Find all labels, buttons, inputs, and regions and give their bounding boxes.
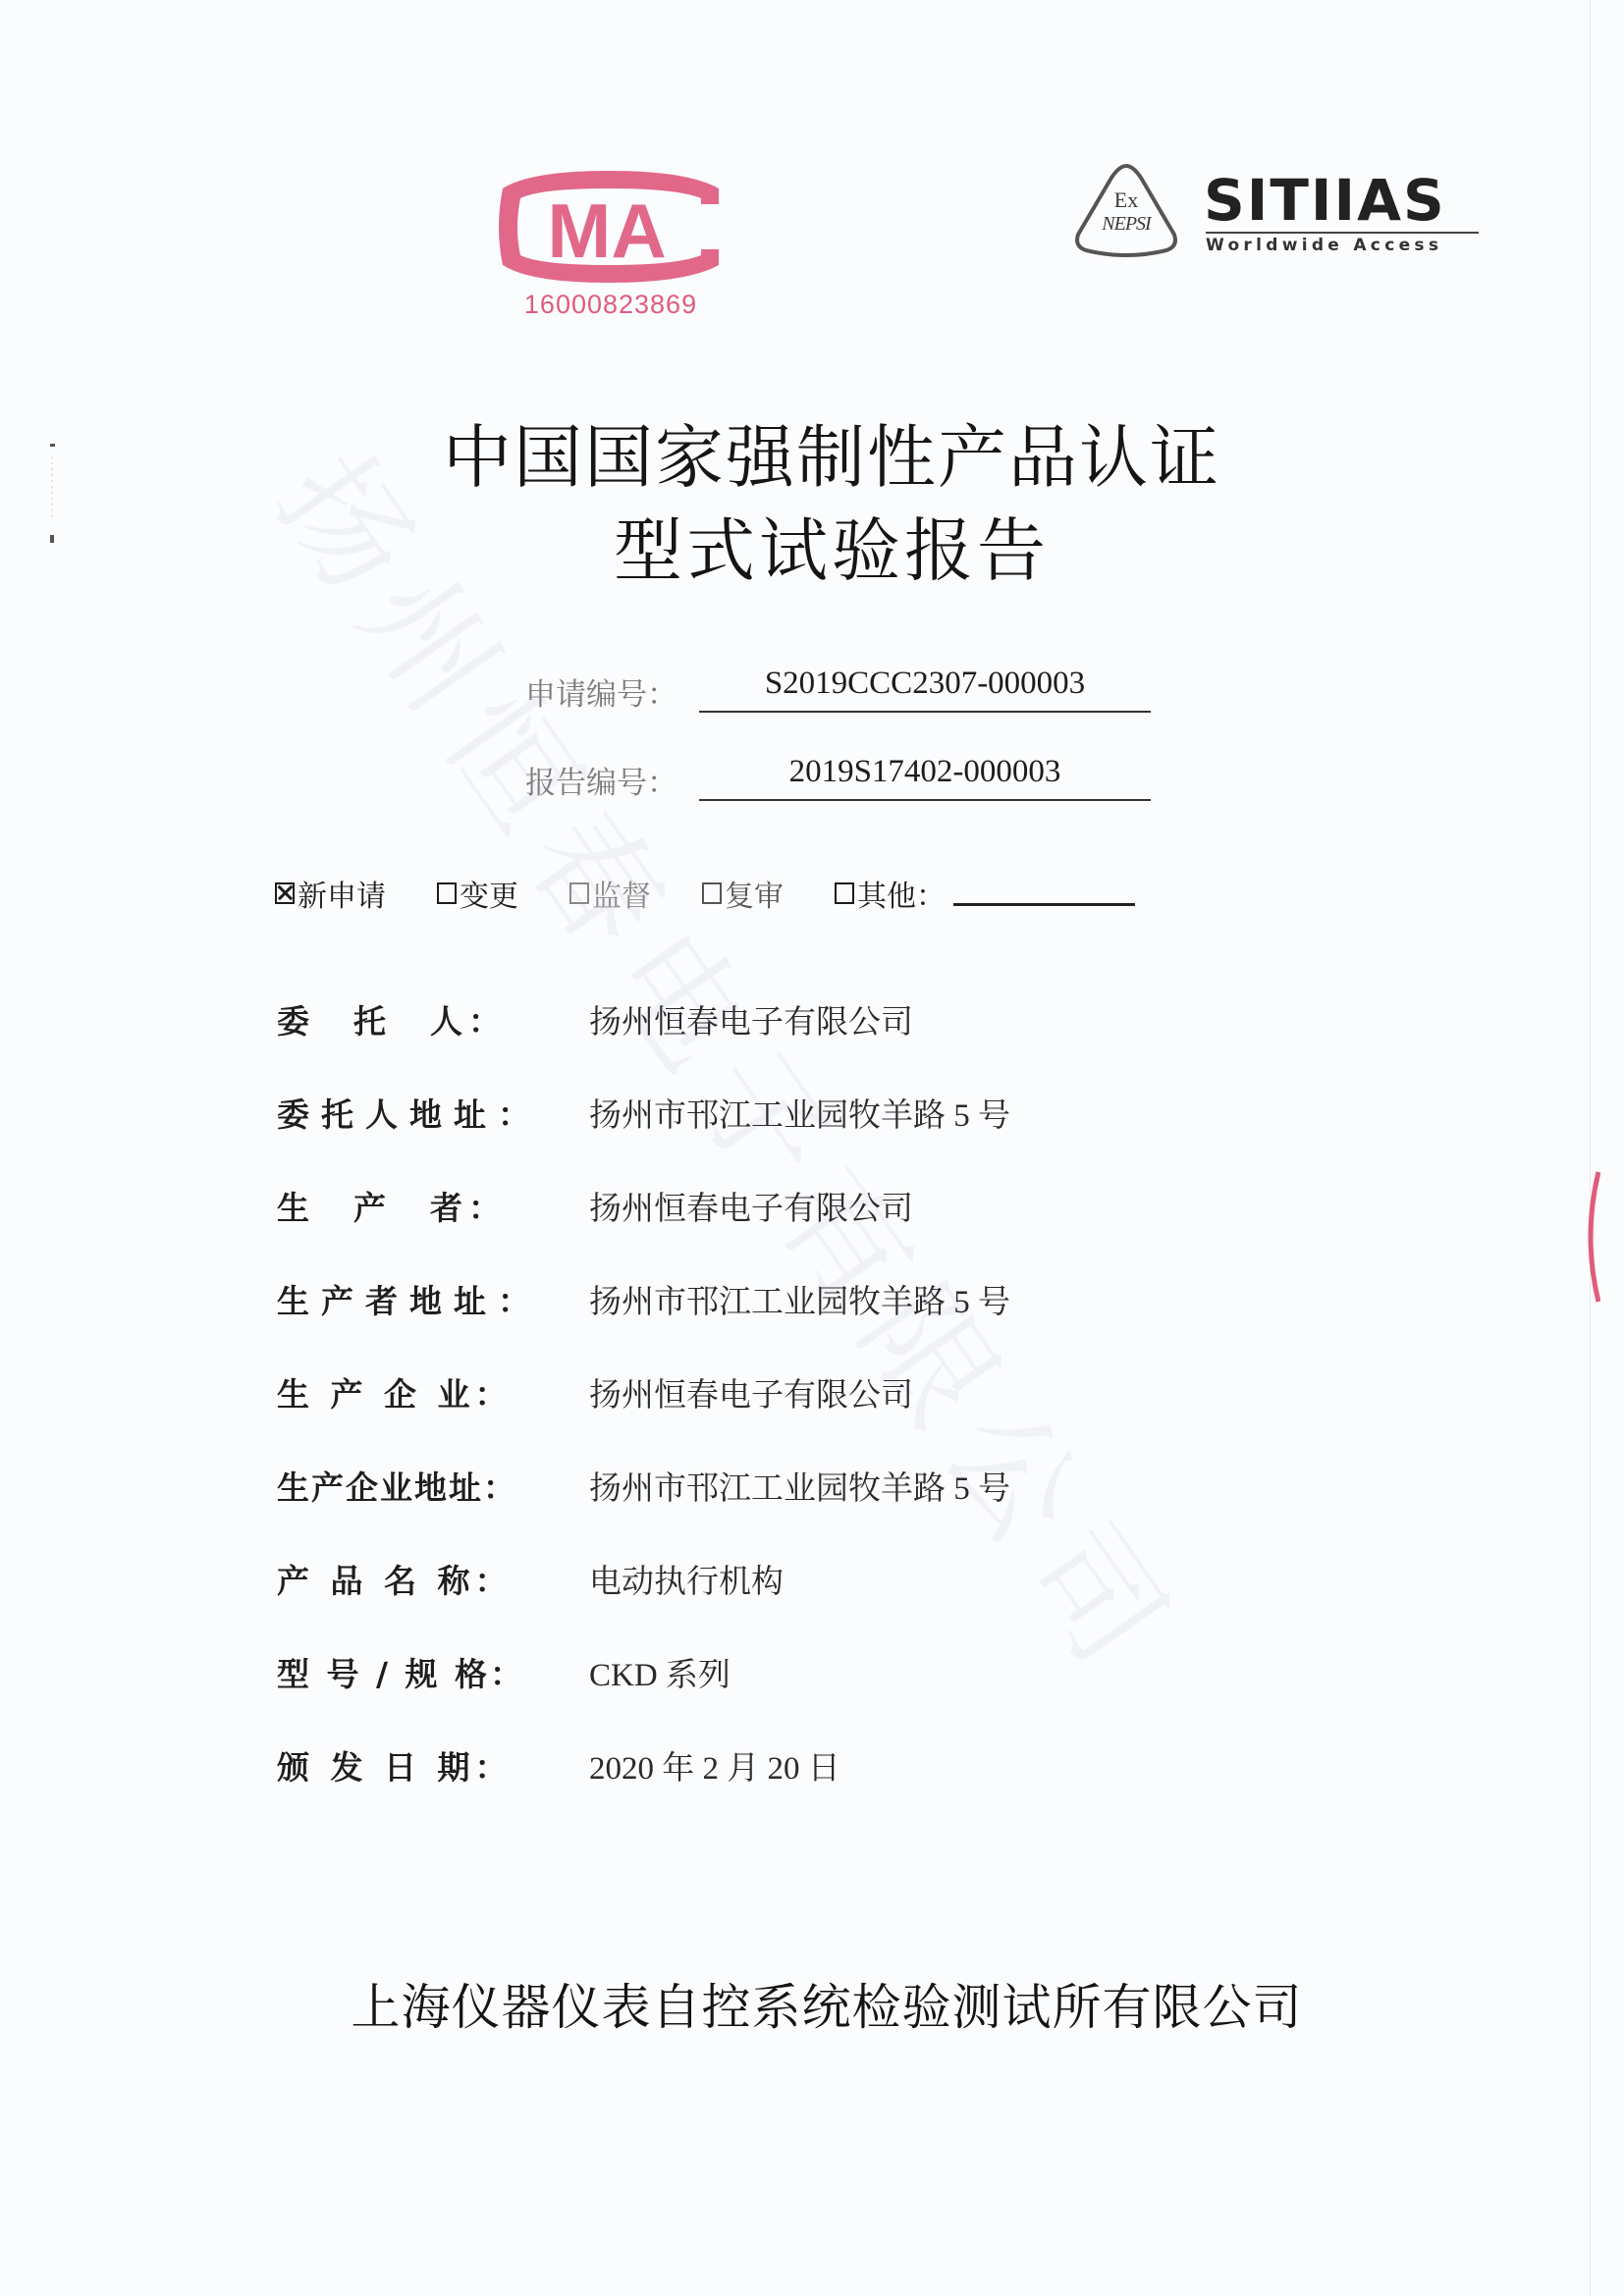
report-title-line-1: 中国国家强制性产品认证 xyxy=(0,402,1624,502)
option-label: 监督 xyxy=(592,872,651,915)
option-supervision[interactable]: 监督 xyxy=(569,872,651,915)
option-label: 变更 xyxy=(460,872,518,915)
watermark: 扬州恒春电子有限公司 xyxy=(243,412,1226,1708)
field-model-spec: 型 号 / 规 格： CKD 系列 xyxy=(277,1649,731,1695)
report-number-underline xyxy=(699,799,1151,801)
field-label: 生产企业地址： xyxy=(277,1463,571,1509)
page-edge xyxy=(1590,0,1591,2296)
checkbox-icon[interactable] xyxy=(702,882,722,904)
field-label: 产 品 名 称： xyxy=(277,1556,571,1602)
field-value: 2020 年 2 月 20 日 xyxy=(589,1742,840,1789)
testing-organization: 上海仪器仪表自控系统检验测试所有限公司 xyxy=(0,1968,1624,2039)
field-value: 扬州市邗江工业园牧羊路 5 号 xyxy=(589,1276,1010,1322)
nepsi-ex: Ex xyxy=(1072,187,1180,213)
field-issue-date: 颁 发 日 期： 2020 年 2 月 20 日 xyxy=(277,1742,840,1789)
nepsi-name: NEPSI xyxy=(1072,213,1180,236)
option-label: 复审 xyxy=(725,872,784,915)
sitiias-tagline: Worldwide Access xyxy=(1206,236,1442,255)
field-value: 扬州恒春电子有限公司 xyxy=(589,1369,913,1415)
field-manufacturer: 生 产 企 业： 扬州恒春电子有限公司 xyxy=(277,1369,913,1415)
binding-dots-icon xyxy=(47,442,57,550)
sitiias-rule xyxy=(1206,232,1479,234)
seal-arc-icon xyxy=(1581,1168,1600,1306)
option-other[interactable]: 其他： xyxy=(835,872,1135,915)
cma-number: 16000823869 xyxy=(495,290,727,320)
field-label: 生 产 企 业： xyxy=(277,1369,571,1415)
option-new-application[interactable]: 新申请 xyxy=(275,872,386,915)
sitiias-logo: SITIIAS Worldwide Access xyxy=(1204,169,1489,257)
field-producer: 生 产 者： 扬州恒春电子有限公司 xyxy=(277,1183,913,1229)
report-title-line-2: 型式试验报告 xyxy=(0,496,1624,595)
field-product-name: 产 品 名 称： 电动执行机构 xyxy=(277,1556,784,1602)
application-number-underline xyxy=(699,711,1151,713)
report-number-label: 报告编号： xyxy=(525,758,677,802)
checkbox-icon[interactable] xyxy=(437,882,457,904)
field-value: 扬州市邗江工业园牧羊路 5 号 xyxy=(589,1463,1010,1509)
seal-edge-mark xyxy=(1581,1168,1600,1306)
application-number-value: S2019CCC2307-000003 xyxy=(699,666,1151,702)
cma-logo-icon: MA xyxy=(491,167,727,290)
other-underline xyxy=(953,903,1135,906)
checkbox-icon[interactable] xyxy=(835,882,854,904)
option-review[interactable]: 复审 xyxy=(702,872,784,915)
field-value: CKD 系列 xyxy=(589,1649,731,1695)
option-change[interactable]: 变更 xyxy=(437,872,518,915)
checkbox-icon[interactable] xyxy=(569,882,589,904)
field-label: 委 托 人： xyxy=(277,996,571,1042)
field-label: 颁 发 日 期： xyxy=(277,1742,571,1789)
field-label: 生产者地址： xyxy=(277,1276,571,1322)
report-number-value: 2019S17402-000003 xyxy=(699,754,1151,790)
field-client: 委 托 人： 扬州恒春电子有限公司 xyxy=(277,996,913,1042)
option-label: 其他： xyxy=(857,872,946,915)
option-label: 新申请 xyxy=(298,872,386,915)
field-value: 扬州恒春电子有限公司 xyxy=(589,996,913,1042)
field-producer-address: 生产者地址： 扬州市邗江工业园牧羊路 5 号 xyxy=(277,1276,1010,1322)
field-label: 生 产 者： xyxy=(277,1183,571,1229)
field-value: 扬州市邗江工业园牧羊路 5 号 xyxy=(589,1090,1010,1136)
field-value: 扬州恒春电子有限公司 xyxy=(589,1183,913,1229)
field-value: 电动执行机构 xyxy=(589,1556,784,1602)
nepsi-logo: Ex NEPSI xyxy=(1072,162,1180,260)
checkbox-checked-icon[interactable] xyxy=(275,882,295,904)
cma-stamp: MA 16000823869 xyxy=(491,167,727,324)
field-manufacturer-address: 生产企业地址： 扬州市邗江工业园牧羊路 5 号 xyxy=(277,1463,1010,1509)
application-type-options: 新申请 变更 监督 复审 其他： xyxy=(275,872,1135,915)
svg-text:MA: MA xyxy=(547,187,666,274)
scan-binding-mark xyxy=(47,442,57,550)
field-label: 型 号 / 规 格： xyxy=(277,1649,571,1695)
sitiias-name: SITIIAS xyxy=(1204,169,1446,232)
application-number-label: 申请编号： xyxy=(525,669,677,714)
field-label: 委托人地址： xyxy=(277,1090,571,1136)
field-client-address: 委托人地址： 扬州市邗江工业园牧羊路 5 号 xyxy=(277,1090,1010,1136)
